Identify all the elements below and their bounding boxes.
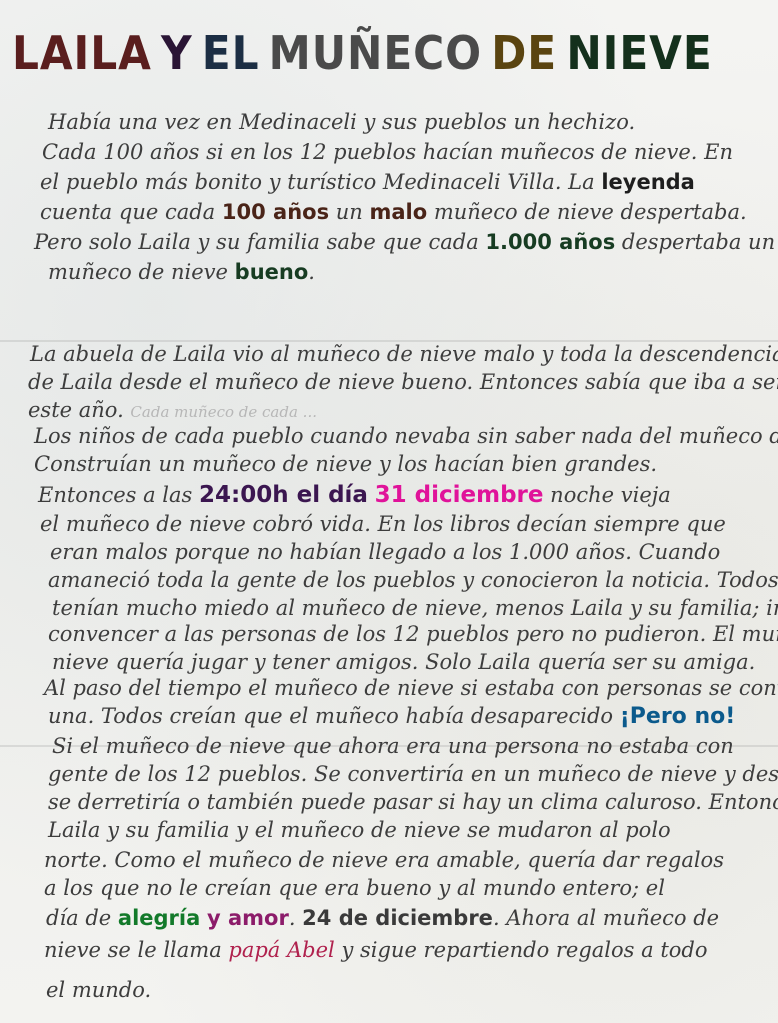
text-line: eran malos porque no habían llegado a lo… — [50, 540, 720, 564]
text-line: nieve quería jugar y tener amigos. Solo … — [52, 650, 755, 674]
highlight-1000-anos: 1.000 años — [485, 230, 615, 254]
highlight-24-diciembre: 24 de diciembre — [302, 906, 493, 930]
text-line: el pueblo más bonito y turístico Medinac… — [40, 170, 695, 194]
title-word: EL — [202, 26, 260, 80]
highlight-pero-no: ¡Pero no! — [620, 704, 736, 729]
text-line: norte. Como el muñeco de nieve era amabl… — [44, 848, 724, 872]
highlight-100-anos: 100 años — [222, 200, 329, 224]
text-line: Pero solo Laila y su familia sabe que ca… — [34, 230, 775, 254]
text-line: Entonces a las 24:00h el día 31 diciembr… — [38, 482, 671, 508]
text-line: el mundo. — [46, 978, 151, 1002]
text-line: Construían un muñeco de nieve y los hací… — [34, 452, 657, 476]
text-line: Había una vez en Medinaceli y sus pueblo… — [48, 110, 635, 134]
text-line: el muñeco de nieve cobró vida. En los li… — [40, 512, 726, 536]
highlight-leyenda: leyenda — [601, 170, 695, 194]
text-line: nieve se le llama papá Abel y sigue repa… — [44, 938, 708, 962]
text-line: gente de los 12 pueblos. Se convertiría … — [48, 762, 778, 786]
highlight-alegria: alegría — [118, 906, 200, 930]
highlight-31-diciembre: 31 diciembre — [375, 482, 544, 508]
title-word: NIEVE — [566, 26, 712, 80]
text-line: Laila y su familia y el muñeco de nieve … — [48, 818, 671, 842]
title-word: MUÑECO — [269, 26, 482, 80]
text-line: día de alegría y amor. 24 de diciembre. … — [46, 906, 719, 930]
text-line: a los que no le creían que era bueno y a… — [44, 876, 665, 900]
highlight-malo: malo — [369, 200, 427, 224]
text-line: Los niños de cada pueblo cuando nevaba s… — [34, 424, 778, 448]
text-line: tenían mucho miedo al muñeco de nieve, m… — [52, 596, 778, 620]
text-line: La abuela de Laila vio al muñeco de niev… — [30, 342, 778, 366]
story-title: LAILA Y EL MUÑECO DE NIEVE — [12, 18, 711, 88]
text-line: Si el muñeco de nieve que ahora era una … — [52, 734, 734, 758]
text-line: Cada 100 años si en los 12 pueblos hacía… — [42, 140, 733, 164]
title-word: LAILA — [12, 26, 152, 80]
highlight-bueno: bueno — [235, 260, 309, 284]
text-line: muñeco de nieve bueno. — [48, 260, 315, 284]
text-line: cuenta que cada 100 años un malo muñeco … — [40, 200, 747, 224]
text-line: una. Todos creían que el muñeco había de… — [48, 704, 735, 729]
erased-text: Cada muñeco de cada ... — [130, 403, 317, 421]
text-line: Al paso del tiempo el muñeco de nieve si… — [44, 676, 778, 700]
text-line: amaneció toda la gente de los pueblos y … — [48, 568, 778, 592]
title-word: DE — [491, 26, 557, 80]
title-word: Y — [161, 26, 193, 80]
highlight-papa-abel: papá Abel — [228, 938, 334, 962]
text-line: convencer a las personas de los 12 puebl… — [48, 622, 778, 646]
text-line: este año. Cada muñeco de cada ... — [28, 398, 317, 422]
highlight-y-amor: y amor — [207, 906, 289, 930]
highlight-time: 24:00h el día — [199, 482, 368, 508]
text-line: de Laila desde el muñeco de nieve bueno.… — [28, 370, 778, 394]
text-line: se derretiría o también puede pasar si h… — [48, 790, 778, 814]
